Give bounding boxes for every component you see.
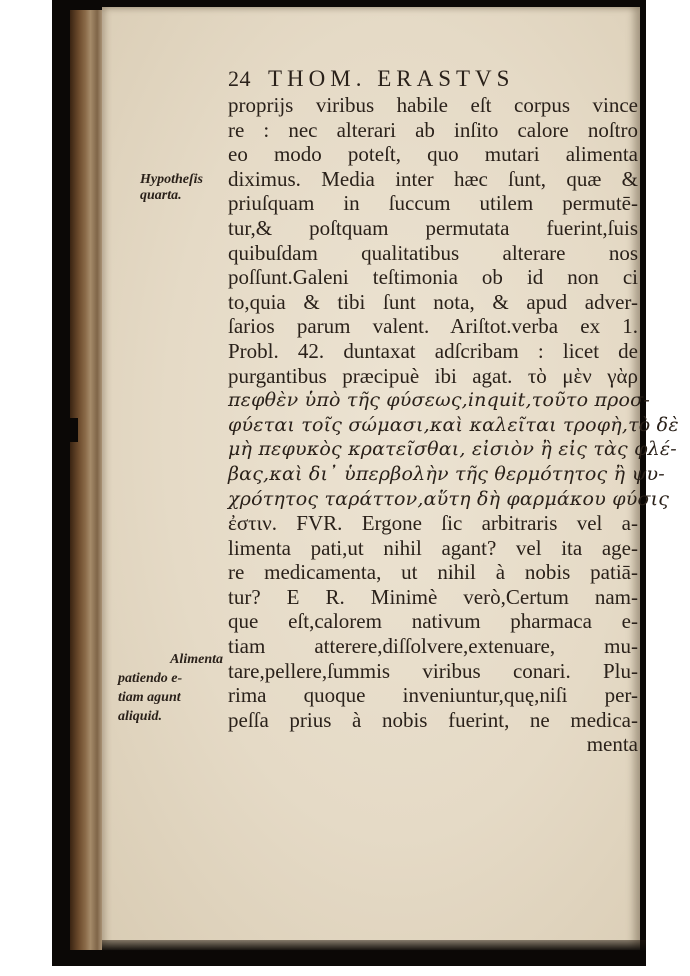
body-text: proprijs viribus habile eſt corpus vince…: [228, 93, 638, 757]
text-line: ἐστιν. FVR. Ergone ſic arbitraris vel a-: [228, 511, 638, 536]
text-line: diximus. Media inter hæc ſunt, quæ &: [228, 167, 638, 192]
text-line: que eſt,calorem nativum pharmaca e-: [228, 609, 638, 634]
text-line: eo modo poteſt, quo mutari alimenta: [228, 142, 638, 167]
text-line: rima quoque inveniuntur,quę,niſi per-: [228, 683, 638, 708]
margin-note-hypothesis: Hypotheſis quarta.: [140, 172, 203, 204]
page-header: 24 THOM. ERASTVS: [228, 66, 638, 93]
text-line: proprijs viribus habile eſt corpus vince: [228, 93, 638, 118]
page-bottom-shadow: [102, 940, 646, 952]
text-line: priuſquam in ſuccum utilem permutē-: [228, 191, 638, 216]
text-line: tur,& poſtquam permutata fuerint,ſuis: [228, 216, 638, 241]
text-line: ſarios parum valent. Ariſtot.verba ex 1.: [228, 314, 638, 339]
text-line: tare,pellere,ſummis viribus conari. Plu-: [228, 659, 638, 684]
binding-notch: [52, 418, 78, 442]
text-line: limenta pati,ut nihil agant? vel ita age…: [228, 536, 638, 561]
margin-note-line: Hypotheſis: [140, 172, 203, 188]
text-line: Probl. 42. duntaxat adſcribam : licet de: [228, 339, 638, 364]
page-number: 24: [228, 66, 268, 92]
margin-note-line: quarta.: [140, 188, 203, 204]
page-text-block: 24 THOM. ERASTVS proprijs viribus habile…: [228, 66, 638, 757]
margin-note-line: tiam agunt: [118, 688, 223, 707]
margin-note-line: patiendo e-: [118, 669, 223, 688]
margin-note-line: aliquid.: [118, 707, 223, 726]
text-line: quibuſdam qualitatibus alterare nos: [228, 241, 638, 266]
greek-text-line: πεφθὲν ὑπὸ τῆς φύσεως,inquit,τοῦτο προσ-: [228, 388, 638, 413]
greek-text-line: βας,καὶ δι᾽ ὑπερβολὴν τῆς θερμότητος ἢ ψ…: [228, 462, 638, 487]
margin-note-alimenta: Alimenta patiendo e- tiam agunt aliquid.: [118, 650, 223, 726]
text-line: tur? E R. Minimè verò,Certum nam-: [228, 585, 638, 610]
catchword: menta: [228, 732, 638, 757]
text-line: purgantibus præcipuè ibi agat. τὸ μὲν γὰ…: [228, 364, 638, 389]
running-head: THOM. ERASTVS: [268, 66, 514, 92]
text-line: tiam atterere,diſſolvere,extenuare, mu-: [228, 634, 638, 659]
book-binding-edge: [70, 10, 104, 950]
greek-text-line: μὴ πεφυκὸς κρατεῖσθαι, εἰσιὸν ἢ εἰς τὰς …: [228, 437, 638, 462]
text-line: re : nec alterari ab inſito calore noſtr…: [228, 118, 638, 143]
margin-note-line: Alimenta: [118, 650, 223, 669]
greek-text-line: χρότητος ταράττον,αὕτη δὴ φαρμάκου φύσις: [228, 487, 638, 512]
text-line: to,quia & tibi ſunt nota, & apud adver-: [228, 290, 638, 315]
text-line: poſſunt.Galeni teſtimonia ob id non ci: [228, 265, 638, 290]
text-line: peſſa prius à nobis fuerint, ne medica-: [228, 708, 638, 733]
greek-text-line: φύεται τοῖς σώμασι,καὶ καλεῖται τροφὴ,τὸ…: [228, 413, 638, 438]
text-line: re medicamenta, ut nihil à nobis patiā-: [228, 560, 638, 585]
